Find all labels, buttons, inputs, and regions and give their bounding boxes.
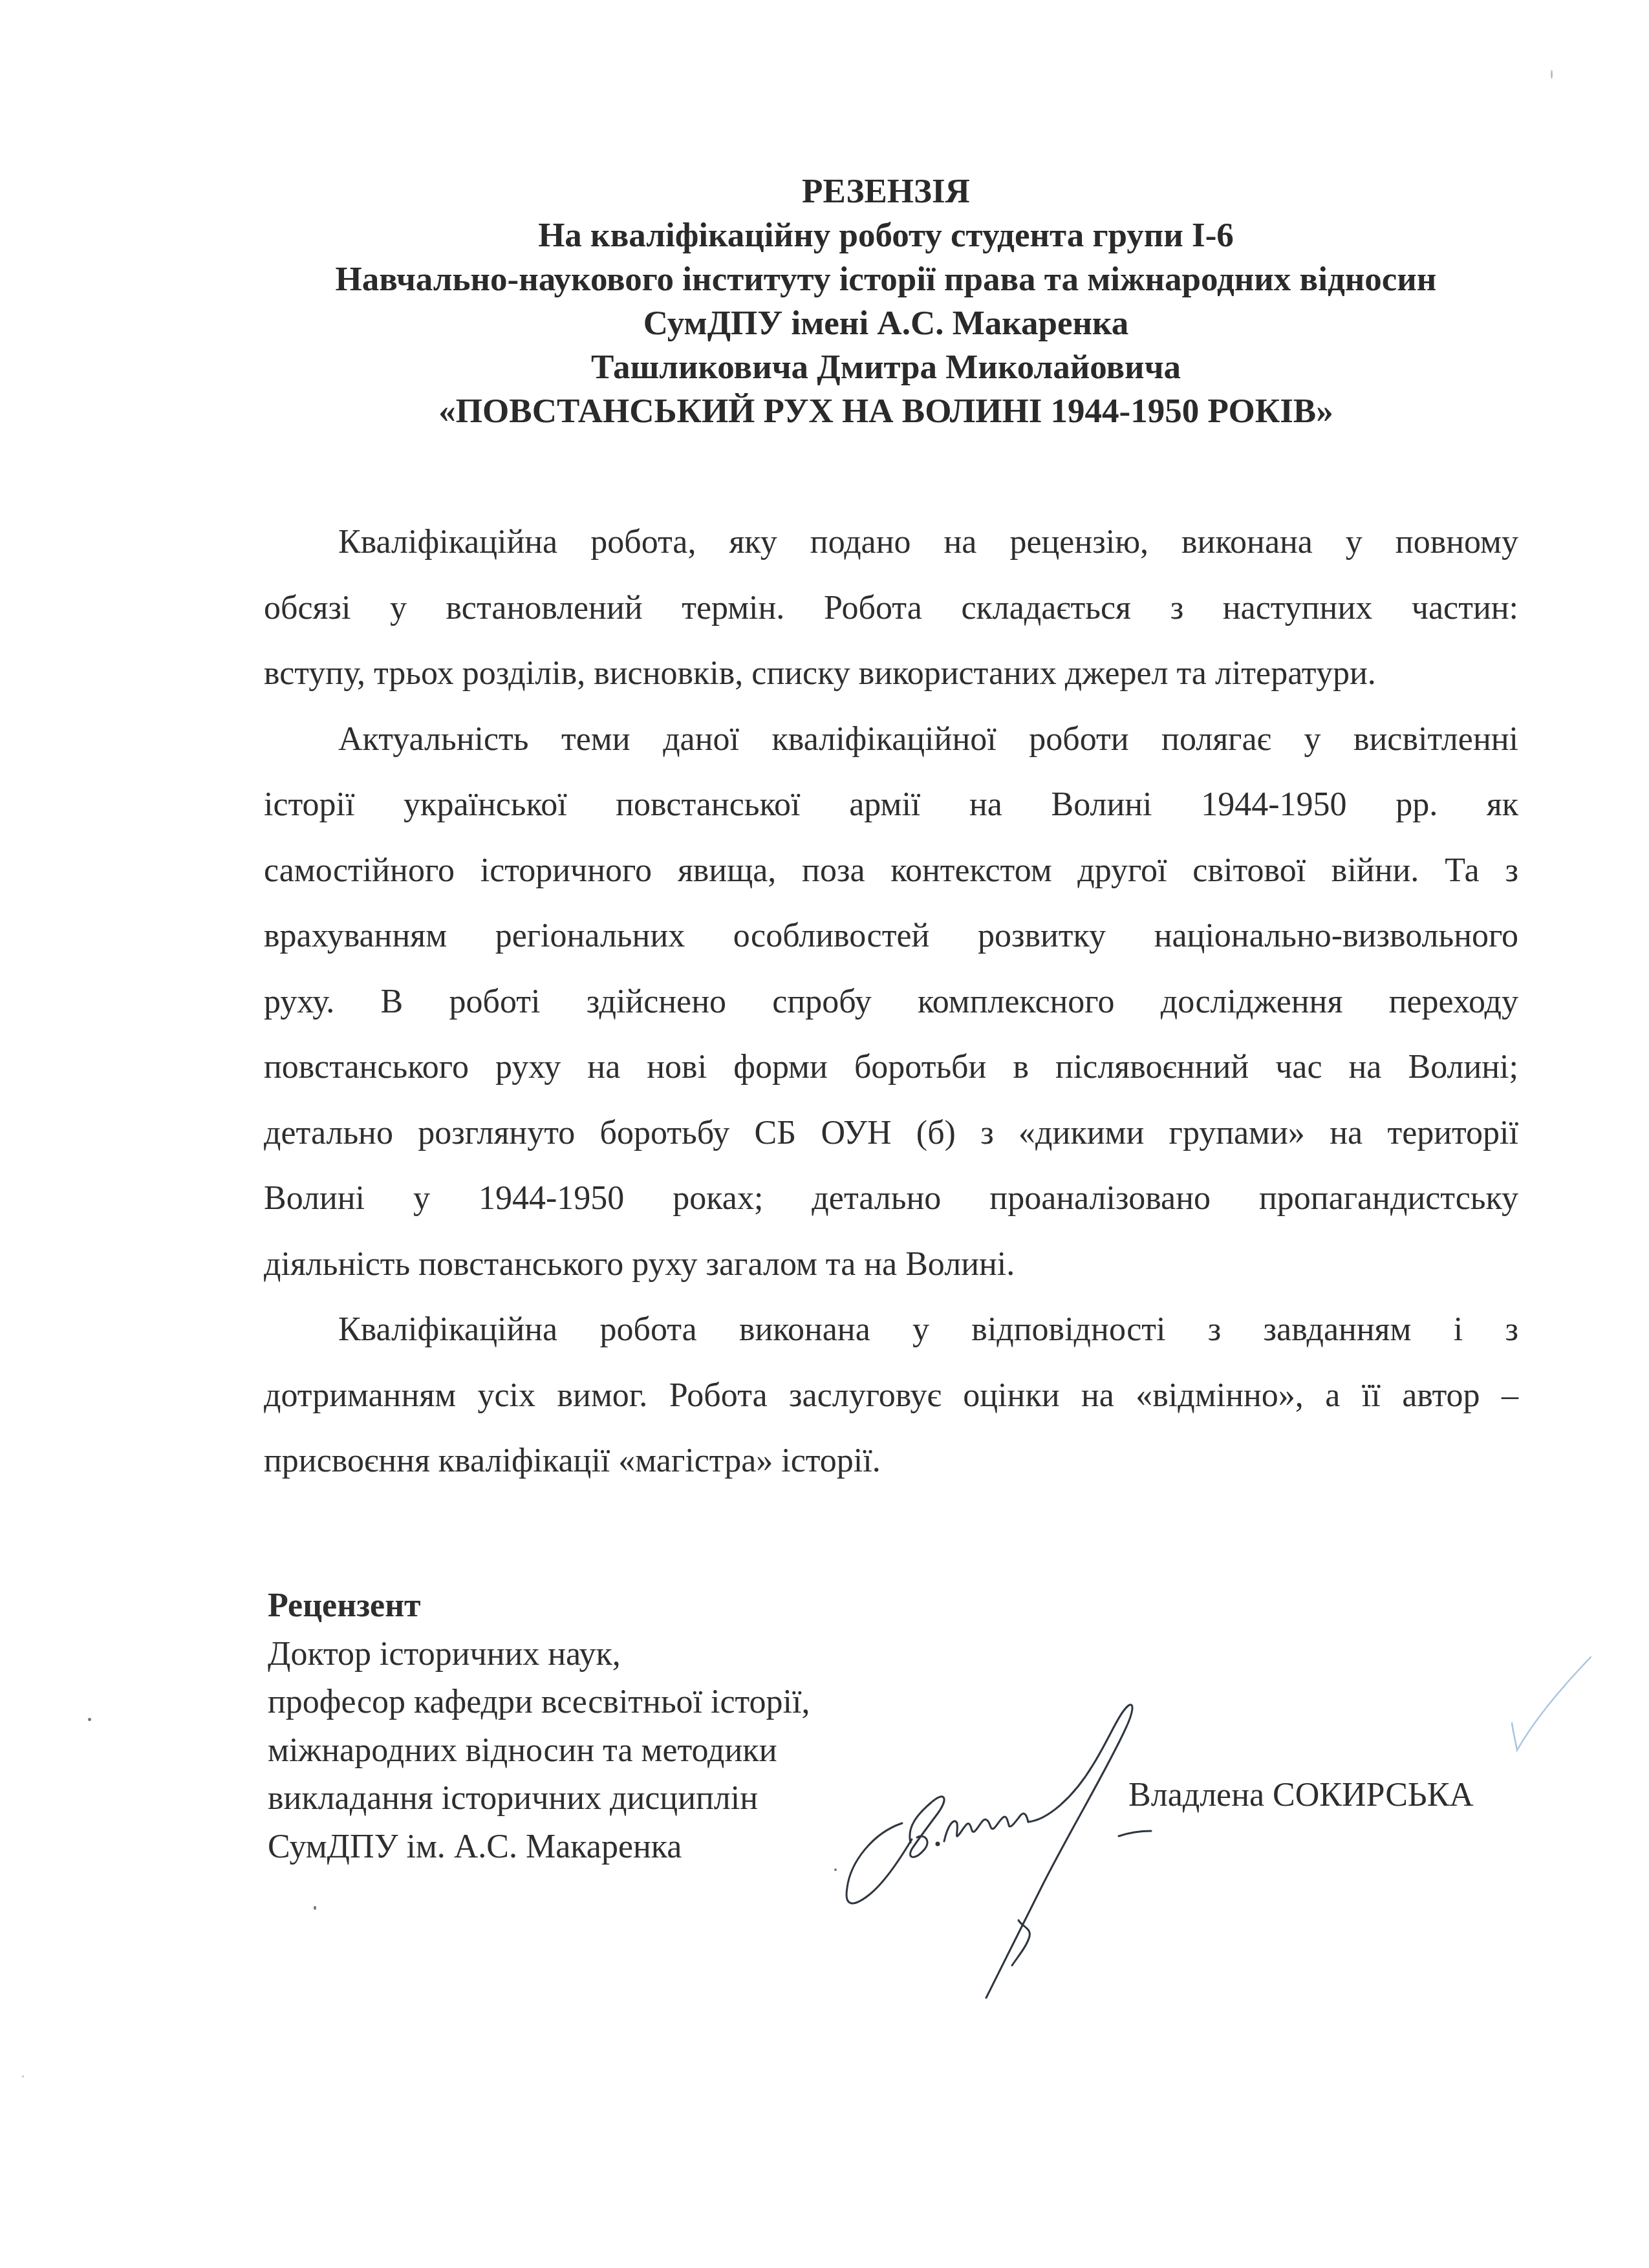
reviewer-credential: Доктор історичних наук, — [268, 1631, 810, 1679]
body-line: історії української повстанської армії н… — [264, 772, 1518, 838]
body-line: врахуванням регіональних особливостей ро… — [264, 903, 1518, 969]
paragraph-completion: Кваліфікаційна робота, яку подано на рец… — [264, 509, 1518, 707]
body-line: Кваліфікаційна робота, яку подано на рец… — [264, 509, 1518, 575]
paragraph-relevance: Актуальність теми даної кваліфікаційної … — [264, 707, 1518, 1298]
header-line-student-name: Ташликовича Дмитра Миколайовича — [194, 345, 1578, 389]
document-title: РЕЗЕНЗІЯ — [194, 169, 1578, 213]
review-body: Кваліфікаційна робота, яку подано на рец… — [264, 509, 1518, 1494]
body-line: дотриманням усіх вимог. Робота заслугову… — [264, 1363, 1518, 1429]
reviewer-block: Рецензент Доктор історичних наук, профес… — [268, 1582, 810, 1871]
scan-speck — [22, 2075, 24, 2077]
handwritten-signature-icon — [834, 1694, 1170, 2017]
body-line: Волині у 1944-1950 роках; детально проан… — [264, 1166, 1518, 1232]
body-line: діяльність повстанського руху загалом та… — [264, 1232, 1518, 1298]
header-line-university: СумДПУ імені А.С. Макаренка — [194, 301, 1578, 345]
header-line-work-of-student: На кваліфікаційну роботу студента групи … — [194, 213, 1578, 257]
body-line: Кваліфікаційна робота виконана у відпові… — [264, 1297, 1518, 1363]
body-line: детально розглянуто боротьбу СБ ОУН (б) … — [264, 1100, 1518, 1166]
header-line-institute: Навчально-наукового інституту історії пр… — [194, 257, 1578, 301]
paragraph-conclusion: Кваліфікаційна робота виконана у відпові… — [264, 1297, 1518, 1494]
reviewer-credential: професор кафедри всесвітньої історії, — [268, 1678, 810, 1727]
document-header: РЕЗЕНЗІЯ На кваліфікаційну роботу студен… — [194, 169, 1578, 433]
scan-speck — [1551, 70, 1553, 79]
scan-speck — [88, 1718, 91, 1721]
body-line: руху. В роботі здійснено спробу комплекс… — [264, 969, 1518, 1035]
reviewer-role-label: Рецензент — [268, 1582, 810, 1631]
document-page: РЕЗЕНЗІЯ На кваліфікаційну роботу студен… — [0, 0, 1649, 2268]
checkmark-icon — [1500, 1645, 1604, 1762]
reviewer-credential: викладання історичних дисциплін — [268, 1775, 810, 1823]
scan-speck — [834, 1868, 837, 1871]
body-line: повстанського руху на нові форми боротьб… — [264, 1034, 1518, 1100]
body-line: Актуальність теми даної кваліфікаційної … — [264, 707, 1518, 773]
reviewer-credential: міжнародних відносин та методики — [268, 1727, 810, 1775]
reviewer-credential: СумДПУ ім. А.С. Макаренка — [268, 1823, 810, 1872]
reviewer-name: Владлена СОКИРСЬКА — [1128, 1775, 1474, 1816]
body-line: вступу, трьох розділів, висновків, списк… — [264, 641, 1518, 707]
body-line: обсязі у встановлений термін. Робота скл… — [264, 575, 1518, 641]
body-line: присвоєння кваліфікації «магістра» істор… — [264, 1428, 1518, 1494]
body-line: самостійного історичного явища, поза кон… — [264, 838, 1518, 904]
scan-speck — [314, 1906, 316, 1910]
header-line-thesis-title: «ПОВСТАНСЬКИЙ РУХ НА ВОЛИНІ 1944-1950 РО… — [194, 389, 1578, 433]
